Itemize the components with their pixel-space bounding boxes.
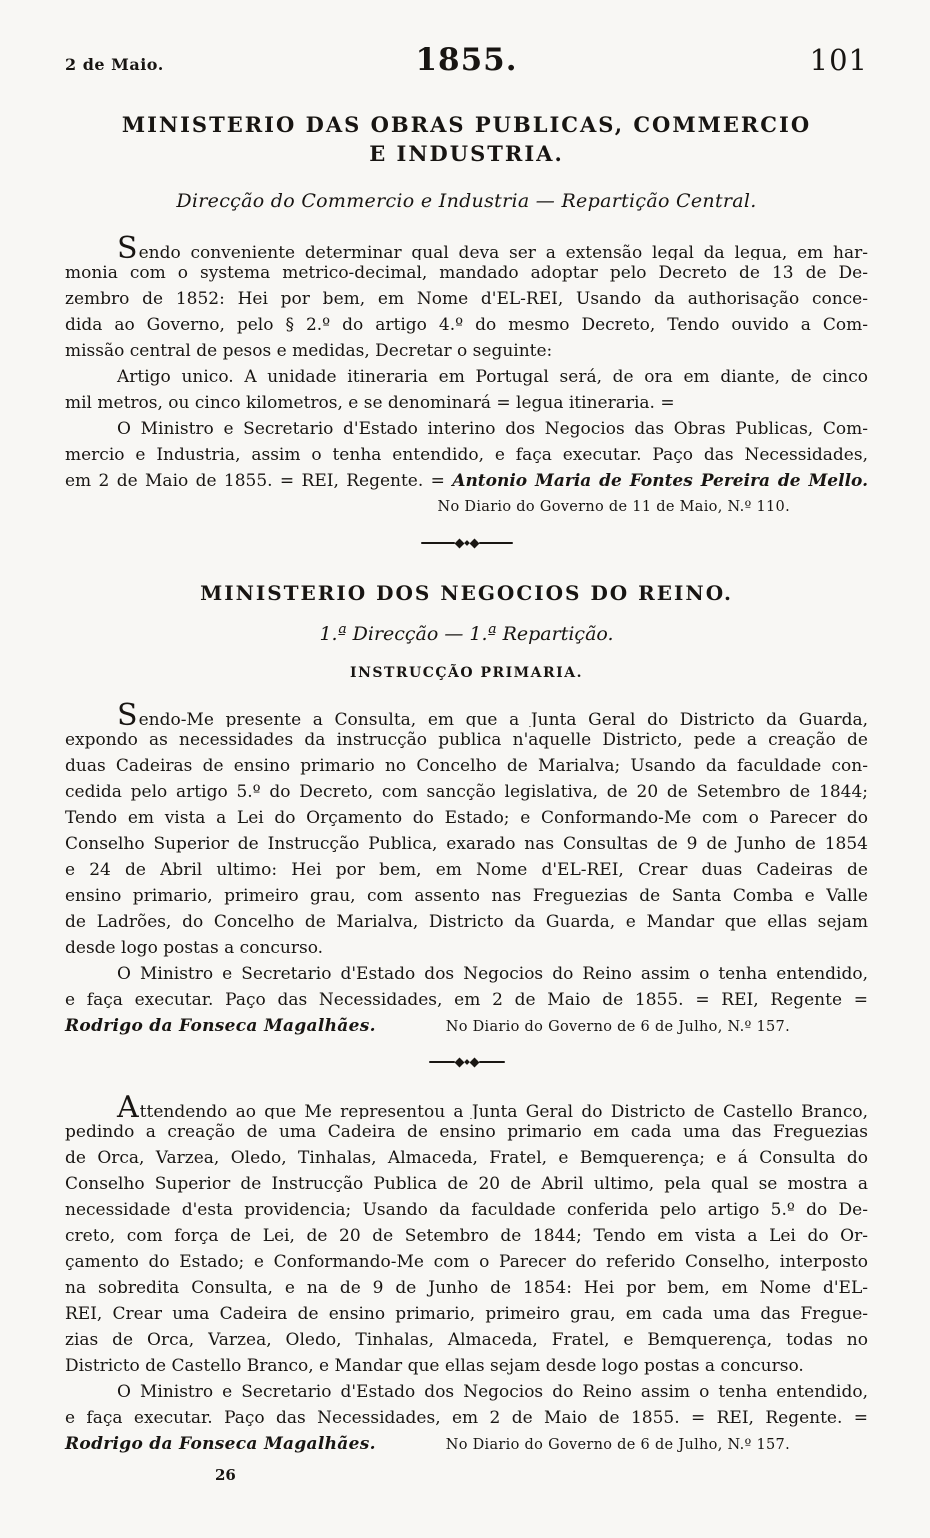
closing-text: em 2 de Maio de 1855. = REI, Regente. = <box>65 471 452 491</box>
ministry-reino-subtitle: 1.ª Direcção — 1.ª Repartição. <box>65 623 868 645</box>
text-line: REI, Crear uma Cadeira de ensino primari… <box>65 1301 868 1327</box>
text-line: Tendo em vista a Lei do Orçamento do Est… <box>65 805 868 831</box>
text-line: ensino primario, primeiro grau, com asse… <box>65 883 868 909</box>
section-divider-ornament <box>65 536 868 550</box>
text-line: duas Cadeiras de ensino primario no Conc… <box>65 753 868 779</box>
text-line: de Orca, Varzea, Oledo, Tinhalas, Almace… <box>65 1145 868 1171</box>
text-line: Sendo-Me presente a Consulta, em que a J… <box>65 701 868 727</box>
section-divider-ornament <box>65 1055 868 1069</box>
divider-rule-right <box>479 542 513 544</box>
gazette-ref-guarda: No Diario do Governo de 6 de Julho, N.º … <box>446 1014 790 1040</box>
paragraph-closing-castello-branco: O Ministro e Secretario d'Estado dos Neg… <box>65 1379 868 1431</box>
signature-rodrigo-fonseca-magalhaes: Rodrigo da Fonseca Magalhães. <box>65 1431 376 1457</box>
text-line: Sendo conveniente determinar qual deva s… <box>65 234 868 260</box>
paragraph-legua-decree: Sendo conveniente determinar qual deva s… <box>65 234 868 364</box>
divider-rule-left <box>429 1061 455 1063</box>
signature-fontes-pereira-de-mello: Antonio Maria de Fontes Pereira de Mello… <box>452 471 868 491</box>
divider-rule-right <box>479 1061 505 1063</box>
printers-signature-mark: 26 <box>215 1466 868 1484</box>
instruccao-primaria-heading: INSTRUCÇÃO PRIMARIA. <box>65 665 868 681</box>
signature-row-castello-branco: Rodrigo da Fonseca Magalhães. No Diario … <box>65 1431 868 1457</box>
paragraph-artigo-unico: Artigo unico. A unidade itineraria em Po… <box>65 364 868 416</box>
text-line: zias de Orca, Varzea, Oledo, Tinhalas, A… <box>65 1327 868 1353</box>
text-line: desde logo postas a concurso. <box>65 935 868 961</box>
text-line: monia com o systema metrico-decimal, man… <box>65 260 868 286</box>
paragraph-closing-guarda: O Ministro e Secretario d'Estado dos Neg… <box>65 961 868 1013</box>
text-line: O Ministro e Secretario d'Estado dos Neg… <box>65 961 868 987</box>
text-line: Districto de Castello Branco, e Mandar q… <box>65 1353 868 1379</box>
text-line: cedida pelo artigo 5.º do Decreto, com s… <box>65 779 868 805</box>
text-line: expondo as necessidades da instrucção pu… <box>65 727 868 753</box>
divider-diamond-icon <box>454 1057 464 1067</box>
text-line: mercio e Industria, assim o tenha entend… <box>65 442 868 468</box>
divider-diamond-icon <box>454 538 464 548</box>
text-line: necessidade d'esta providencia; Usando d… <box>65 1197 868 1223</box>
text-line: O Ministro e Secretario d'Estado dos Neg… <box>65 1379 868 1405</box>
text-line: Conselho Superior de Instrucção Publica … <box>65 1171 868 1197</box>
text-line: Attendendo ao que Me representou a Junta… <box>65 1093 868 1119</box>
gazette-ref-castello-branco: No Diario do Governo de 6 de Julho, N.º … <box>446 1432 790 1458</box>
text-line: çamento do Estado; e Conformando-Me com … <box>65 1249 868 1275</box>
gazette-ref-obras: No Diario do Governo de 11 de Maio, N.º … <box>65 496 868 518</box>
divider-rule-left <box>421 542 455 544</box>
paragraph-decree-castello-branco: Attendendo ao que Me representou a Junta… <box>65 1093 868 1379</box>
ministry-obras-title-line1: MINISTERIO DAS OBRAS PUBLICAS, COMMERCIO <box>65 110 868 139</box>
ministry-reino-title: MINISTERIO DOS NEGOCIOS DO REINO. <box>65 580 868 607</box>
text-line: e faça executar. Paço das Necessidades, … <box>65 987 868 1013</box>
text-line: dida ao Governo, pelo § 2.º do artigo 4.… <box>65 312 868 338</box>
page-header: 2 de Maio. 1855. 101 <box>65 42 868 84</box>
header-year: 1855. <box>275 42 658 78</box>
text-line: creto, com força de Lei, de 20 de Setemb… <box>65 1223 868 1249</box>
text-line: e 24 de Abril ultimo: Hei por bem, em No… <box>65 857 868 883</box>
text-line: e faça executar. Paço das Necessidades, … <box>65 1405 868 1431</box>
divider-diamond-icon <box>469 538 479 548</box>
text-line: missão central de pesos e medidas, Decre… <box>65 338 868 364</box>
ministry-obras-title-line2: E INDUSTRIA. <box>65 139 868 168</box>
text-line: mil metros, ou cinco kilometros, e se de… <box>65 390 868 416</box>
divider-diamond-icon <box>469 1057 479 1067</box>
text-line: Conselho Superior de Instrucção Publica,… <box>65 831 868 857</box>
header-date: 2 de Maio. <box>65 55 275 74</box>
gazette-page: 2 de Maio. 1855. 101 MINISTERIO DAS OBRA… <box>0 0 930 1538</box>
closing-line-obras: em 2 de Maio de 1855. = REI, Regente. = … <box>65 468 868 494</box>
text-line: pedindo a creação de uma Cadeira de ensi… <box>65 1119 868 1145</box>
page-content: 2 de Maio. 1855. 101 MINISTERIO DAS OBRA… <box>0 42 930 1484</box>
text-line: Artigo unico. A unidade itineraria em Po… <box>65 364 868 390</box>
ministry-obras-subtitle: Direcção do Commercio e Industria — Repa… <box>65 190 868 212</box>
paragraph-ministro-obras: O Ministro e Secretario d'Estado interin… <box>65 416 868 468</box>
paragraph-decree-guarda: Sendo-Me presente a Consulta, em que a J… <box>65 701 868 961</box>
page-number: 101 <box>658 43 868 77</box>
text-line: O Ministro e Secretario d'Estado interin… <box>65 416 868 442</box>
ministry-obras-title: MINISTERIO DAS OBRAS PUBLICAS, COMMERCIO… <box>65 110 868 168</box>
signature-row-guarda: Rodrigo da Fonseca Magalhães. No Diario … <box>65 1013 868 1039</box>
signature-rodrigo-fonseca-magalhaes: Rodrigo da Fonseca Magalhães. <box>65 1013 376 1039</box>
text-line: de Ladrões, do Concelho de Marialva, Dis… <box>65 909 868 935</box>
text-line: na sobredita Consulta, e na de 9 de Junh… <box>65 1275 868 1301</box>
text-line: zembro de 1852: Hei por bem, em Nome d'E… <box>65 286 868 312</box>
